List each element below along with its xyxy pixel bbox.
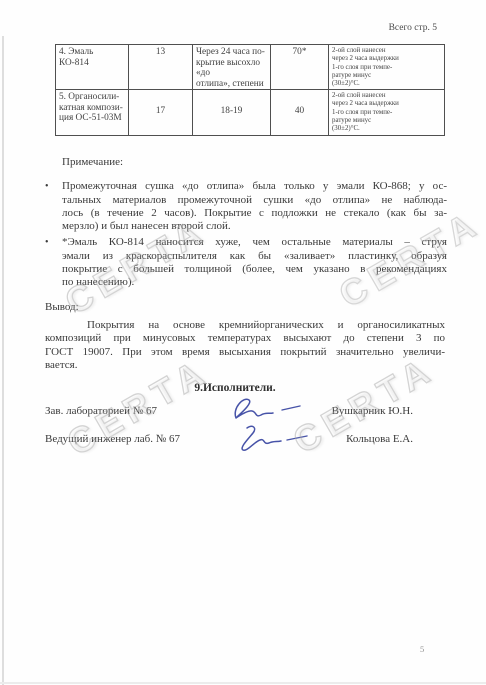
- table-cell-note: 2-ой слой нанесен через 2 часа выдержки …: [329, 45, 444, 90]
- note-bullet-2: • *Эмаль КО-814 наносится хуже, чем оста…: [45, 236, 447, 289]
- conclusion-title: Вывод:: [45, 301, 445, 315]
- note-line: по нанесению).: [62, 276, 447, 289]
- note-bullet-2-text: *Эмаль КО-814 наносится хуже, чем осталь…: [62, 236, 447, 289]
- table-cell-value: 40: [271, 90, 329, 135]
- notes-title: Примечание:: [62, 156, 447, 169]
- conclusion-line: композиций при минусовых температурах вы…: [45, 332, 445, 346]
- executor-role: Ведущий инженер лаб. № 67: [45, 433, 180, 445]
- note-line: тальных материалов промежуточной сушки «…: [62, 194, 447, 207]
- note-line: *Эмаль КО-814 наносится хуже, чем осталь…: [62, 236, 447, 249]
- scan-edge-line: [2, 36, 4, 685]
- executor-name: Кольцова Е.А.: [346, 433, 413, 445]
- note-line: покрытие с большей толщиной (более, чем …: [62, 263, 447, 276]
- note-line: Промежуточная сушка «до отлипа» была тол…: [62, 180, 447, 193]
- table-cell-material: 4. Эмаль КО-814: [56, 45, 129, 90]
- executor-role: Зав. лабораторией № 67: [45, 405, 157, 417]
- scan-bottom-edge: [0, 682, 486, 684]
- conclusion-paragraph: Покрытия на основе кремнийорганических и…: [45, 319, 445, 373]
- conclusion-line: вается.: [45, 359, 445, 373]
- executor-name: Вушкарник Ю.Н.: [332, 405, 413, 417]
- bullet-icon: •: [45, 180, 62, 233]
- note-bullet-1: • Промежуточная сушка «до отлипа» была т…: [45, 180, 447, 233]
- executor-row: Зав. лабораторией № 67 Вушкарник Ю.Н.: [45, 405, 413, 417]
- total-pages-label: Всего стр. 5: [0, 23, 437, 33]
- table-cell-value: 70*: [271, 45, 329, 90]
- conclusion-line: Покрытия на основе кремнийорганических и…: [45, 319, 445, 333]
- note-line: эмали из краскораспылителя как бы «залив…: [62, 250, 447, 263]
- conclusion-section: Вывод: Покрытия на основе кремнийорганич…: [45, 301, 445, 373]
- note-bullet-1-text: Промежуточная сушка «до отлипа» была тол…: [62, 180, 447, 233]
- results-table: 4. Эмаль КО-814 13 Через 24 часа по- кры…: [55, 44, 445, 136]
- page-number: 5: [420, 644, 424, 654]
- table-cell-drying-result: 18-19: [193, 90, 271, 135]
- table-cell-material: 5. Органосили- катная компози- ция ОС-51…: [56, 90, 129, 135]
- bullet-icon: •: [45, 236, 62, 289]
- table-cell-drying-result: Через 24 часа по- крытие высохло «до отл…: [193, 45, 271, 90]
- notes-section: Примечание: • Промежуточная сушка «до от…: [45, 156, 447, 290]
- scanned-document-page: Всего стр. 5 4. Эмаль КО-814 13 Через 24…: [0, 0, 486, 685]
- table-cell-thickness: 17: [129, 90, 193, 135]
- table-cell-note: 2-ой слой нанесен через 2 часа выдержки …: [329, 90, 444, 135]
- table-cell-thickness: 13: [129, 45, 193, 90]
- note-line: мерзло) и был нанесен второй слой.: [62, 220, 447, 233]
- executor-row: Ведущий инженер лаб. № 67 Кольцова Е.А.: [45, 433, 413, 445]
- note-line: лось (в течение 2 часов). Покрытие с под…: [62, 207, 447, 220]
- executors-heading: 9.Исполнители.: [0, 382, 470, 394]
- conclusion-line: ГОСТ 19007. При этом время высыхания пок…: [45, 346, 445, 360]
